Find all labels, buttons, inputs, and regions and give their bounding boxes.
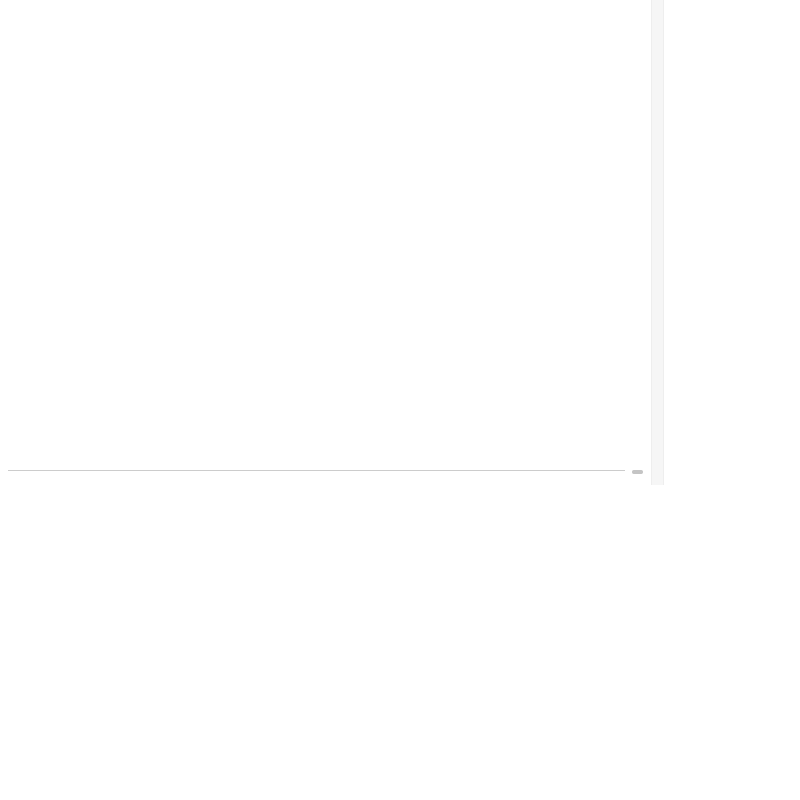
scrollbar-thumb-fragment[interactable] xyxy=(632,470,643,474)
spec-table-detail xyxy=(8,470,625,471)
product-spec-sheet xyxy=(0,0,800,800)
spec-table-basic xyxy=(8,2,644,468)
vertical-scrollbar-track[interactable] xyxy=(651,0,664,485)
